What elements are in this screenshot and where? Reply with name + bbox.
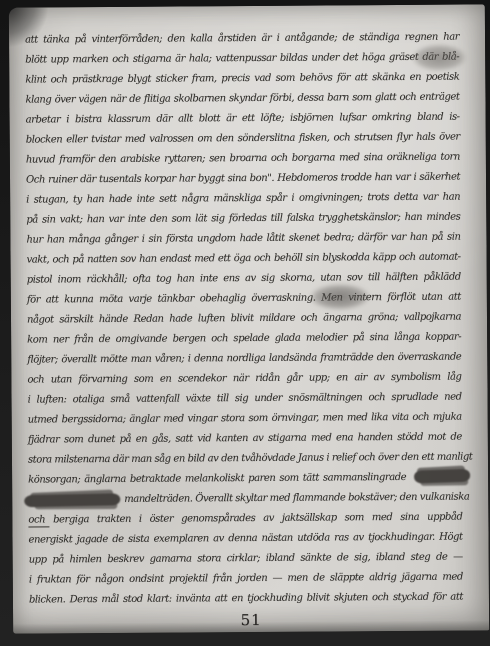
- scanned-book-page: att tänka på vinterförråden; den kalla å…: [0, 0, 490, 646]
- page-number: 51: [13, 609, 489, 630]
- text-line: blicken. Deras mål stod klart: invänta a…: [29, 588, 463, 611]
- book-page: att tänka på vinterförråden; den kalla å…: [9, 4, 489, 633]
- page-text: att tänka på vinterförråden; den kalla å…: [9, 4, 489, 610]
